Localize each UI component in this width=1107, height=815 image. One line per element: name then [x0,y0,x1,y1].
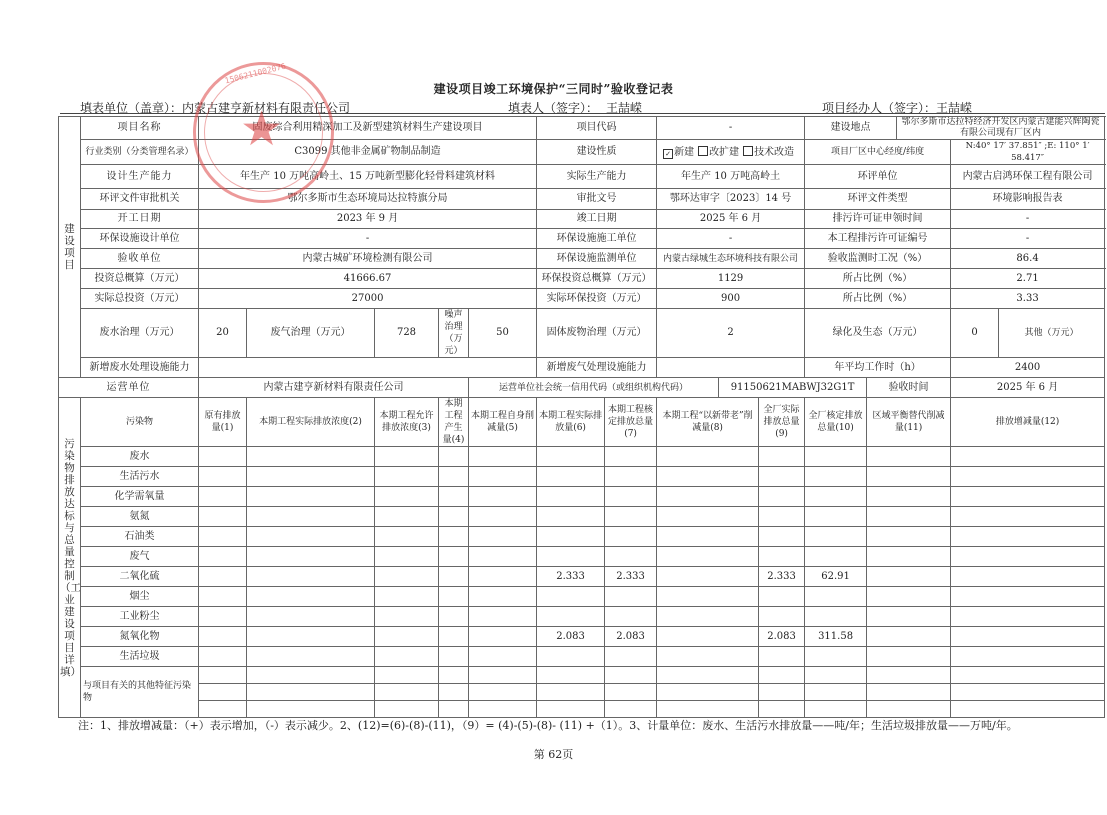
pollutant-value [469,667,537,684]
project-code-label: 项目代码 [537,117,657,140]
eia-unit-label: 环评单位 [805,165,951,189]
pollutant-value [247,507,375,527]
pollutant-value [439,527,469,547]
pollutant-value [375,701,439,718]
operator-label: 运营单位 [59,378,199,398]
pollutant-value [375,447,439,467]
pollutant-value [805,507,867,527]
pollutant-value [805,527,867,547]
pollutant-value: 2.333 [759,567,805,587]
pollutant-value [605,684,657,701]
nature-option-label: 改扩建 [709,147,739,158]
pollutant-value [247,587,375,607]
pollutant-value [657,527,759,547]
column-header: 本期工程“以新带老”削减量(8) [657,398,759,447]
pollutant-value [605,667,657,684]
actual-capacity-label: 实际生产能力 [537,165,657,189]
pollutant-value [537,487,605,507]
pollutant-value [657,547,759,567]
pollutant-name: 生活污水 [81,467,199,487]
table-row: 生活污水 [59,467,1105,487]
eia-type: 环境影响报告表 [951,189,1105,210]
pollutant-value [439,487,469,507]
column-header: 全厂核定排放总量(10) [805,398,867,447]
start-date: 2023 年 9 月 [199,210,537,229]
pollutant-value [537,447,605,467]
pollutant-value [605,701,657,718]
env-invest-est-label: 环保投资总概算（万元） [537,269,657,289]
pollutant-value [439,607,469,627]
column-header: 本期工程自身削减量(5) [469,398,537,447]
column-header: 污染物 [81,398,199,447]
pollutant-value [469,467,537,487]
column-header: 排放增减量(12) [951,398,1105,447]
start-date-label: 开工日期 [81,210,199,229]
pollutant-value [605,527,657,547]
pollutant-value [605,647,657,667]
total-invest-est-label: 投资总概算（万元） [81,269,199,289]
pollutant-value [867,447,951,467]
approval-authority: 鄂尔多斯市生态环境局达拉特旗分局 [199,189,537,210]
pollutant-value [867,527,951,547]
pollutant-value [375,547,439,567]
pollutant-value [867,507,951,527]
pollutant-value [951,587,1105,607]
pollutant-value [469,701,537,718]
pollutant-value [469,447,537,467]
industry: C3099 其他非金属矿物制品制造 [199,140,537,165]
credit-code-label: 运营单位社会统一信用代码（或组织机构代码） [469,378,719,398]
env-build-unit: - [657,229,805,249]
acceptance-time-label: 验收时间 [867,378,951,398]
pollutant-value [439,684,469,701]
other-pollutants-label: 与项目有关的其他特征污染物 [81,667,199,718]
industry-label: 行业类别（分类管理名录） [81,140,199,165]
pollutant-value [439,467,469,487]
pollutant-value [375,567,439,587]
complete-date-label: 竣工日期 [537,210,657,229]
env-build-unit-label: 环保设施施工单位 [537,229,657,249]
pollutant-value [657,567,759,587]
project-name-label: 项目名称 [81,117,199,140]
ratio2: 3.33 [951,289,1105,309]
pollutant-value [247,447,375,467]
table-row: 化学需氧量 [59,487,1105,507]
acceptance-time: 2025 年 6 月 [951,378,1105,398]
pollutant-name: 氮氧化物 [81,627,199,647]
pollutant-value [439,547,469,567]
pollutant-value [951,527,1105,547]
nature-option[interactable]: 技术改造 [743,147,794,158]
pollutant-value [247,647,375,667]
pollutant-value [951,447,1105,467]
pollutant-value [247,701,375,718]
pollutant-value [469,527,537,547]
permit-time-label: 排污许可证申领时间 [805,210,951,229]
pollutant-value: 2.333 [537,567,605,587]
pollutant-value [867,647,951,667]
column-header: 本期工程核定排放总量(7) [605,398,657,447]
pollutant-value [805,587,867,607]
pollutant-value [199,547,247,567]
column-header: 原有排放量(1) [199,398,247,447]
registration-table: 建设 项目 项目名称 固废综合利用精深加工及新型建筑材料生产建设项目 项目代码 … [58,116,1105,718]
env-invest-est: 1129 [657,269,805,289]
pollutant-value [247,527,375,547]
column-header: 本期工程实际排放量(6) [537,398,605,447]
page-number: 第 62页 [0,746,1107,762]
pollutant-value [439,447,469,467]
pollutant-value [805,684,867,701]
pollutant-value [805,547,867,567]
permit-no: - [951,229,1105,249]
noise: 50 [469,309,537,358]
pollutant-value [439,567,469,587]
pollutant-value [759,701,805,718]
pollutant-value [657,701,759,718]
pollutant-value [439,667,469,684]
pollutant-value [247,547,375,567]
table-row: 工业粉尘 [59,607,1105,627]
pollutant-value [375,507,439,527]
other-label: 其他（万元） [999,309,1105,358]
permit-no-label: 本工程排污许可证编号 [805,229,951,249]
pollutant-value [867,467,951,487]
pollutant-value [375,587,439,607]
table-row: 氨氮 [59,507,1105,527]
pollutant-value [199,507,247,527]
pollutant-value [199,587,247,607]
pollutant-value [439,507,469,527]
pollutant-value [469,607,537,627]
pollutant-value [375,627,439,647]
pollutant-value [759,547,805,567]
pollutant-value [199,684,247,701]
pollutant-value: 2.083 [537,627,605,647]
pollutant-value [759,447,805,467]
column-header: 本期工程产生量(4) [439,398,469,447]
pollutant-value [439,647,469,667]
noise-label: 噪声治理（万元） [439,309,469,358]
pollutant-value [537,507,605,527]
pollutant-value: 2.333 [605,567,657,587]
pollutant-value [537,701,605,718]
pollutant-value: 62.91 [805,567,867,587]
green: 0 [951,309,999,358]
pollutant-value [657,684,759,701]
new-gas-cap [657,358,805,378]
pollutant-value: 2.083 [759,627,805,647]
pollutant-name: 氨氮 [81,507,199,527]
complete-date: 2025 年 6 月 [657,210,805,229]
pollutant-name: 生活垃圾 [81,647,199,667]
pollutant-value [657,587,759,607]
pollutant-value [247,607,375,627]
monitor-condition-label: 验收监测时工况（%） [805,249,951,269]
pollutant-value [867,667,951,684]
actual-invest: 27000 [199,289,537,309]
pollutant-value [605,607,657,627]
new-gas-cap-label: 新增废气处理设施能力 [537,358,657,378]
pollutant-value [805,487,867,507]
table-row: 石油类 [59,527,1105,547]
pollutant-value [199,447,247,467]
pollutant-value [657,647,759,667]
monitor-unit: 内蒙古绿城生态环境科技有限公司 [657,249,805,269]
pollutant-value [805,647,867,667]
pollutant-value [951,467,1105,487]
water: 20 [199,309,247,358]
nature-option[interactable]: 改扩建 [698,147,739,158]
pollutant-value [469,547,537,567]
pollutant-name: 烟尘 [81,587,199,607]
annual-hours-label: 年平均工作时（h） [805,358,951,378]
pollutant-value [375,607,439,627]
pollutant-value [537,547,605,567]
table-row [59,701,1105,718]
form-title: 建设项目竣工环境保护“三同时”验收登记表 [0,80,1107,97]
design-capacity-label: 设计生产能力 [81,165,199,189]
approval-no-label: 审批文号 [537,189,657,210]
table-row: 二氧化硫2.3332.3332.33362.91 [59,567,1105,587]
pollutant-name: 石油类 [81,527,199,547]
pollutant-value [759,507,805,527]
checkbox-checked-icon[interactable]: ✓ [663,149,673,159]
pollutant-value [605,547,657,567]
table-row: 废气 [59,547,1105,567]
pollutant-value [247,567,375,587]
project-code: - [657,117,805,140]
credit-code: 91150621MABWJ32G1T [719,378,867,398]
pollutant-name: 废水 [81,447,199,467]
pollutant-value [867,684,951,701]
pollutant-value [759,587,805,607]
pollutant-value [199,567,247,587]
pollutant-value [657,607,759,627]
pollutant-value [247,487,375,507]
pollutant-value [375,467,439,487]
pollutant-value [199,667,247,684]
pollutant-value [537,587,605,607]
design-capacity: 年生产 10 万吨高岭土、15 万吨新型膨化轻骨料建筑材料 [199,165,537,189]
pollutant-value [657,667,759,684]
coords-label: 项目厂区中心经度/纬度 [805,140,951,165]
pollutant-value [951,567,1105,587]
ratio1-label: 所占比例（%） [805,269,951,289]
new-water-cap [199,358,537,378]
pollutant-value [537,527,605,547]
monitor-unit-label: 环保设施监测单位 [537,249,657,269]
pollutant-value [657,487,759,507]
table-row: 生活垃圾 [59,647,1105,667]
ratio2-label: 所占比例（%） [805,289,951,309]
pollutant-value [375,667,439,684]
solid-label: 固体废物治理（万元） [537,309,657,358]
pollutant-value [867,547,951,567]
acceptance-unit-label: 验收单位 [81,249,199,269]
monitor-condition: 86.4 [951,249,1105,269]
pollutant-value [605,487,657,507]
new-water-cap-label: 新增废水处理设施能力 [81,358,199,378]
pollutant-value [657,447,759,467]
pollutant-value [805,667,867,684]
pollutant-value [247,684,375,701]
actual-invest-label: 实际总投资（万元） [81,289,199,309]
pollutant-value [657,467,759,487]
pollutant-value: 311.58 [805,627,867,647]
pollutant-value [469,567,537,587]
project-name: 固废综合利用精深加工及新型建筑材料生产建设项目 [199,117,537,140]
acceptance-unit: 内蒙古城矿环境检测有限公司 [199,249,537,269]
column-header: 全厂实际排放总量(9) [759,398,805,447]
pollutant-value [759,667,805,684]
pollutant-value [951,507,1105,527]
column-header: 区域平衡替代削减量(11) [867,398,951,447]
pollutant-value [605,447,657,467]
nature-options: ✓新建改扩建技术改造 [657,140,805,165]
pollutant-value [469,684,537,701]
pollutant-value [867,587,951,607]
pollutant-value [537,607,605,627]
pollutant-value [199,527,247,547]
pollutant-value [439,587,469,607]
location: 鄂尔多斯市达拉特经济开发区内蒙古建能兴辉陶瓷有限公司现有厂区内 [897,117,1105,140]
nature-option[interactable]: ✓新建 [663,147,694,158]
pollutant-value [759,684,805,701]
pollutant-value [951,487,1105,507]
pollutant-value [439,701,469,718]
eia-type-label: 环评文件类型 [805,189,951,210]
pollutant-value [199,487,247,507]
env-design-unit: - [199,229,537,249]
table-row [59,684,1105,701]
annual-hours: 2400 [951,358,1105,378]
pollutant-value [951,547,1105,567]
pollutant-value [439,627,469,647]
pollutant-value [759,467,805,487]
pollutant-value [759,487,805,507]
approval-authority-label: 环评文件审批机关 [81,189,199,210]
pollutant-value [951,647,1105,667]
actual-env-invest: 900 [657,289,805,309]
actual-env-invest-label: 实际环保投资（万元） [537,289,657,309]
pollutant-value [469,507,537,527]
pollutant-value [247,627,375,647]
pollutant-value [537,667,605,684]
pollutant-value [605,507,657,527]
solid: 2 [657,309,805,358]
section-label-project: 建设 项目 [59,117,81,378]
pollutant-value [199,647,247,667]
pollutant-value [867,487,951,507]
total-invest-est: 41666.67 [199,269,537,289]
pollutant-value [657,507,759,527]
pollutant-value [375,684,439,701]
pollutant-value [375,647,439,667]
pollutant-value [375,487,439,507]
pollutant-value [759,647,805,667]
checkbox-empty-icon[interactable] [743,146,753,156]
pollutant-value [199,467,247,487]
pollutant-value [537,647,605,667]
pollutant-value [951,607,1105,627]
table-row: 废水 [59,447,1105,467]
pollutant-value [805,701,867,718]
column-header: 本期工程实际排放浓度(2) [247,398,375,447]
water-label: 废水治理（万元） [81,309,199,358]
pollutant-value [951,701,1105,718]
pollutant-value [605,587,657,607]
env-design-unit-label: 环保设施设计单位 [81,229,199,249]
pollutant-value [375,527,439,547]
table-row: 烟尘 [59,587,1105,607]
pollutant-value [537,467,605,487]
pollutant-value [469,587,537,607]
pollutant-name: 废气 [81,547,199,567]
pollutant-name: 二氧化硫 [81,567,199,587]
pollutant-value: 2.083 [605,627,657,647]
pollutant-value [469,627,537,647]
gas-label: 废气治理（万元） [247,309,375,358]
pollutant-value [867,701,951,718]
pollutant-value [951,627,1105,647]
pollutant-value [867,607,951,627]
nature-label: 建设性质 [537,140,657,165]
pollutant-value [805,467,867,487]
coords: N:40° 17′ 37.851″ ;E: 110° 1′ 58.417″ [951,140,1105,165]
pollutant-value [805,607,867,627]
column-header: 本期工程允许排放浓度(3) [375,398,439,447]
pollutant-name: 工业粉尘 [81,607,199,627]
pollutant-value [469,487,537,507]
pollutant-value [759,607,805,627]
gas: 728 [375,309,439,358]
checkbox-empty-icon[interactable] [698,146,708,156]
location-label: 建设地点 [805,117,897,140]
pollutant-value [247,467,375,487]
divider [60,113,1105,114]
pollutant-value [605,467,657,487]
approval-no: 鄂环达审字〔2023〕14 号 [657,189,805,210]
pollutant-value [867,567,951,587]
actual-capacity: 年生产 10 万吨高岭土 [657,165,805,189]
pollutant-value [951,667,1105,684]
pollutant-value [469,647,537,667]
pollutant-value [199,607,247,627]
section-label-pollutants: 污染物排放达标与总量控制（工业建设项目详填） [59,398,81,718]
nature-option-label: 技术改造 [754,147,794,158]
pollutant-value [867,627,951,647]
pollutant-value [759,527,805,547]
pollutant-name: 化学需氧量 [81,487,199,507]
nature-option-label: 新建 [674,147,694,158]
operator-value: 内蒙古建亨新材料有限责任公司 [199,378,469,398]
pollutant-value [805,447,867,467]
table-row: 与项目有关的其他特征污染物 [59,667,1105,684]
pollutant-value [199,701,247,718]
pollutant-value [657,627,759,647]
table-row: 氮氧化物2.0832.0832.083311.58 [59,627,1105,647]
ratio1: 2.71 [951,269,1105,289]
pollutant-value [951,684,1105,701]
eia-unit: 内蒙古启鸿环保工程有限公司 [951,165,1105,189]
pollutant-value [199,627,247,647]
pollutant-value [247,667,375,684]
green-label: 绿化及生态（万元） [805,309,951,358]
pollutant-value [537,684,605,701]
footnote: 注：1、排放增减量：（+）表示增加，（-）表示减少。2、(12)=(6)-(8)… [78,717,1018,733]
permit-time: - [951,210,1105,229]
